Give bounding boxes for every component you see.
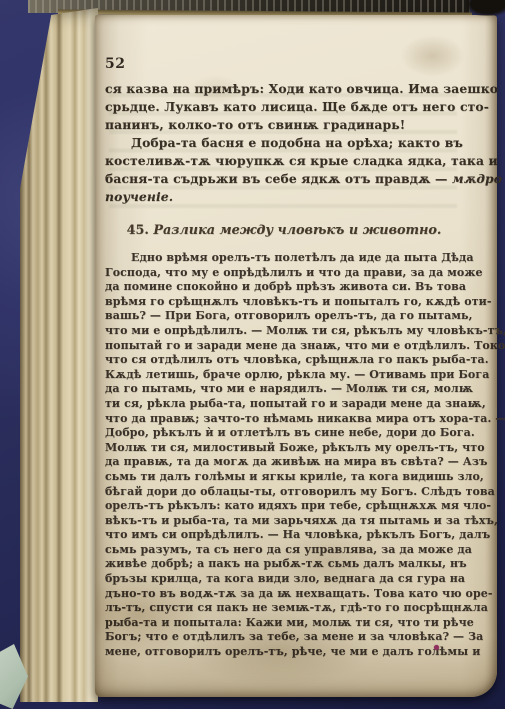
text-line: бѣгай дори до облацы-ты, отговорилъ му Б…	[105, 485, 463, 500]
text-line: да помине спокойно и добрѣ прѣзъ живота …	[105, 280, 463, 295]
text-line: Кѫдѣ летишь, браче орлю, рѣкла му. — Оти…	[105, 368, 463, 383]
text-line: лъ-тъ, спусти ся пакъ не земѭ-тѫ, гдѣ-то…	[105, 601, 463, 616]
text-line: сьмь ти далъ голѣмы и ягкы криліе, та ко…	[105, 470, 463, 485]
text-line: Добро, рѣкълъ ѝ и отлетѣлъ въ сине небе,…	[105, 426, 463, 441]
section-heading: 45. Разлика между чловѣкъ и животно.	[105, 223, 463, 238]
scanned-book-photo: 52 ся казва на примѣръ: Ходи като овчица…	[0, 0, 505, 709]
text-line: панинъ, колко-то отъ свинѭ градинарь!	[105, 117, 463, 135]
text-line: ти ся, рѣкла рыба-та, попытай го и зарад…	[105, 397, 463, 412]
text-line: живѣе добрѣ; а пакъ на рыбѫ-тѫ сьмь далъ…	[105, 557, 463, 572]
text-line: Молѭ ти ся, милостивый Боже, рѣкълъ му о…	[105, 441, 463, 456]
text-line: попытай го и заради мене да знаѭ, что ми…	[105, 339, 463, 354]
text-line: да правѭ, та да могѫ да живѣѭ на мира въ…	[105, 455, 463, 470]
text-line: да го пытамь, что ми е нарядилъ. — Молѭ …	[105, 382, 463, 397]
moral-emphasis: мѫдро	[452, 171, 502, 186]
text-line: бръзы крилца, та кога види зло, веднага …	[105, 572, 463, 587]
text-line: срьдце. Лукавъ като лисица. Ще бѫде отъ …	[105, 99, 463, 117]
text-line: что ся отдѣлилъ отъ чловѣка, срѣщнѫла го…	[105, 353, 463, 368]
text-line: мене, отговорилъ орелъ-тъ, рѣче, че ми е…	[105, 645, 463, 660]
text-line: Богъ; что е отдѣлилъ за тебе, за мене и …	[105, 630, 463, 645]
text-line: орелъ-тъ рѣкълъ: като идяхъ при тебе, ср…	[105, 499, 463, 514]
page-number: 52	[105, 56, 125, 72]
text-line: дъно-то въ водѫ-тѫ за да ѭ нехващать. То…	[105, 587, 463, 602]
text-run: басня-та съдрьжи въ себе ядкѫ отъ правдѫ…	[105, 171, 452, 186]
text-line: что да правѭ; зачто-то нѣмамь никаква ми…	[105, 412, 463, 427]
text-line: ся казва на примѣръ: Ходи като овчица. И…	[105, 81, 463, 99]
section-44-ending: ся казва на примѣръ: Ходи като овчица. И…	[105, 81, 463, 207]
text-line: Едно врѣмя орелъ-тъ полетѣлъ да иде да п…	[105, 251, 463, 266]
text-line: что ми е опрѣдѣлилъ. — Молѭ ти ся, рѣкъл…	[105, 324, 463, 339]
book-page: 52 ся казва на примѣръ: Ходи като овчица…	[95, 15, 497, 697]
cover-corner-shadow	[466, 0, 505, 16]
text-line: Добра-та басня е подобна на орѣха; както…	[105, 135, 463, 153]
section-title: Разлика между чловѣкъ и животно.	[153, 223, 441, 238]
text-line: вашь? — При Бога, отговорилъ орелъ-тъ, д…	[105, 309, 463, 324]
text-line: сьмь разумъ, та съ него да ся управлява,…	[105, 543, 463, 558]
text-line: поученіе.	[105, 189, 463, 207]
text-line: костеливѫ-тѫ чюрупкѫ ся крые сладка ядка…	[105, 153, 463, 171]
fable-paragraph: Едно врѣмя орелъ-тъ полетѣлъ да иде да п…	[105, 251, 463, 660]
text-line: Господа, что му е опрѣдѣлилъ и что да пр…	[105, 266, 463, 281]
text-line: врѣмя го срѣщнѫлъ чловѣкъ-тъ и попыталъ …	[105, 295, 463, 310]
text-line: вѣкъ-тъ и рыба-та, та ми зарьчяхѫ да тя …	[105, 514, 463, 529]
text-line: что имъ си опрѣдѣлилъ. — На чловѣка, рѣк…	[105, 528, 463, 543]
section-number: 45.	[127, 223, 149, 238]
text-line: басня-та съдрьжи въ себе ядкѫ отъ правдѫ…	[105, 171, 463, 189]
ink-dot	[434, 645, 439, 650]
text-line: рыба-та и попытала: Кажи ми, молѭ ти ся,…	[105, 616, 463, 631]
